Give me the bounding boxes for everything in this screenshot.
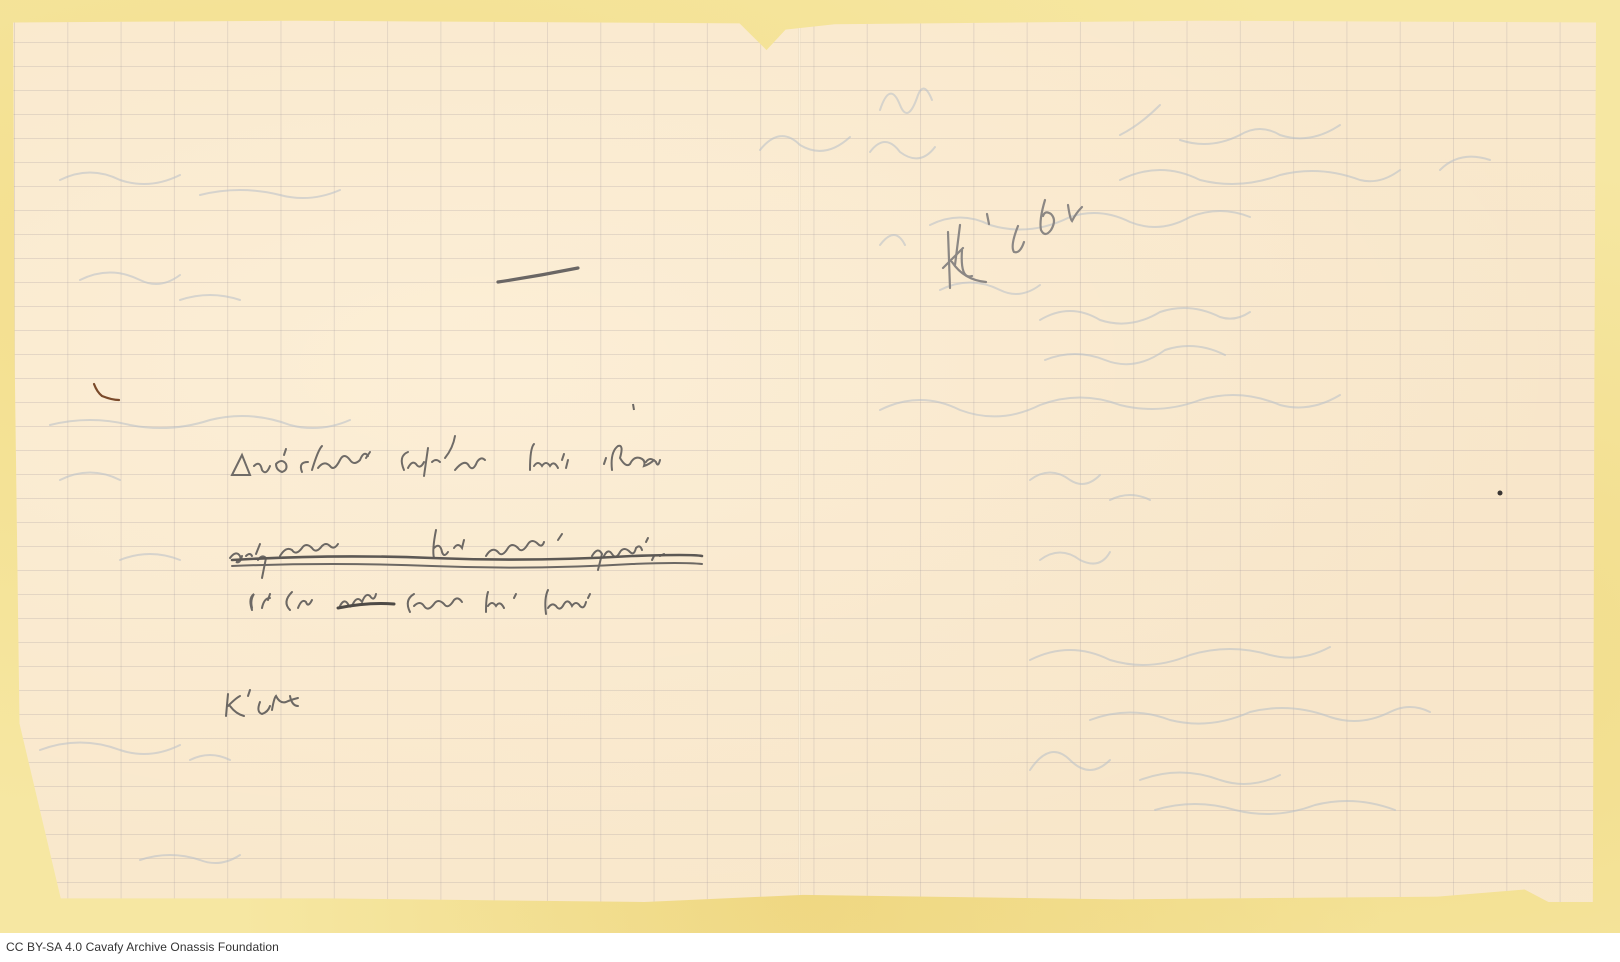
credit-text: CC BY-SA 4.0 Cavafy Archive Onassis Foun… [6,940,279,954]
manuscript-page [10,10,1596,902]
scan-background: Κ'ιδώ Δυο σκέψαι ... αν έ... και ... έτσ… [0,0,1620,933]
center-fold [798,10,801,902]
credit-bar: CC BY-SA 4.0 Cavafy Archive Onassis Foun… [0,933,1620,962]
